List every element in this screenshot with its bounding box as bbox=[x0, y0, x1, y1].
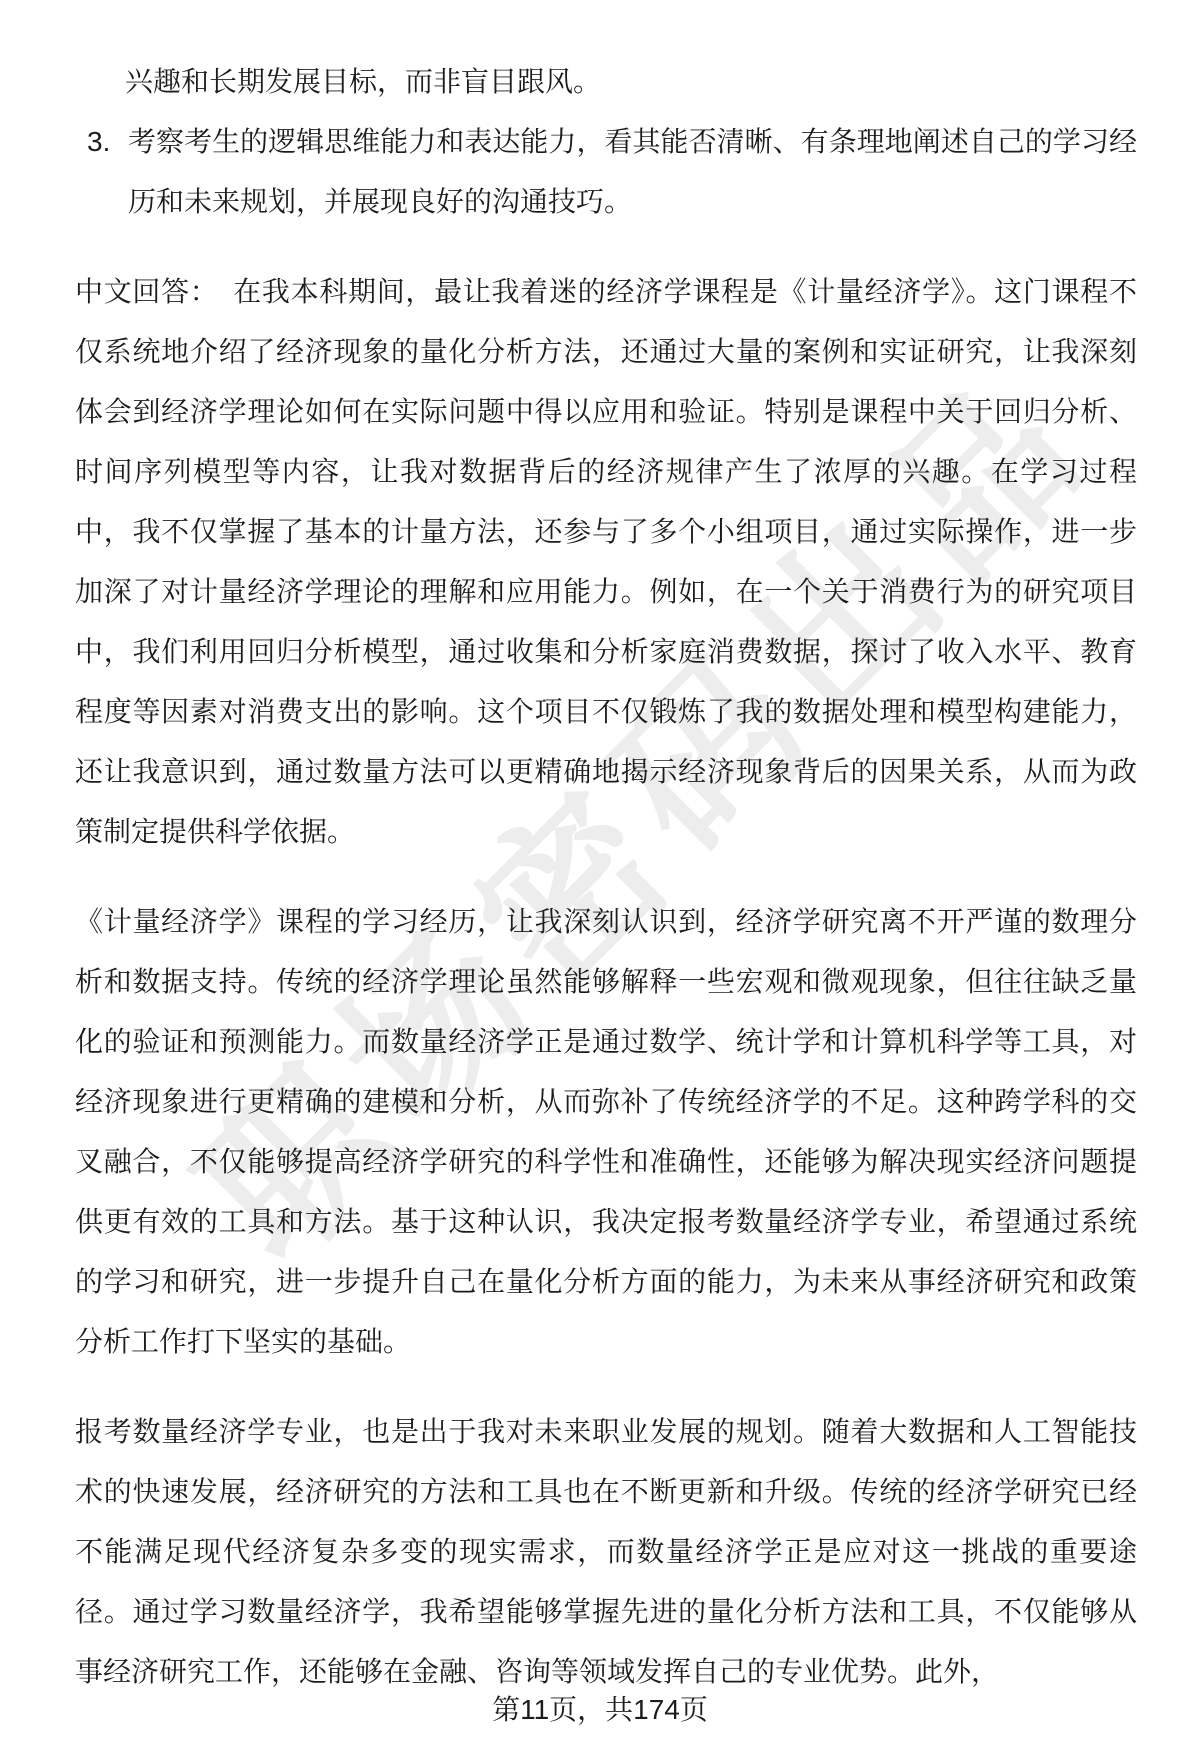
list-item-2-continuation-line: 兴趣和长期发展目标，而非盲目跟风。 bbox=[125, 52, 1137, 112]
list-item-3: 3. 考察考生的逻辑思维能力和表达能力，看其能否清晰、有条理地阐述自己的学习经历… bbox=[75, 112, 1137, 232]
paragraph-chinese-answer: 中文回答： 在我本科期间，最让我着迷的经济学课程是《计量经济学》。这门课程不仅系… bbox=[75, 262, 1137, 862]
document-page: 职场密码出品 兴趣和长期发展目标，而非盲目跟风。 3. 考察考生的逻辑思维能力和… bbox=[0, 0, 1200, 1755]
list-item-3-text: 考察考生的逻辑思维能力和表达能力，看其能否清晰、有条理地阐述自己的学习经历和未来… bbox=[128, 112, 1137, 232]
list-item-3-number: 3. bbox=[75, 112, 128, 172]
paragraph-career-planning: 报考数量经济学专业，也是出于我对未来职业发展的规划。随着大数据和人工智能技术的快… bbox=[75, 1402, 1137, 1702]
page-number-indicator: 第11页，共174页 bbox=[0, 1680, 1200, 1740]
paragraph-econometrics-reflection: 《计量经济学》课程的学习经历，让我深刻认识到，经济学研究离不开严谨的数理分析和数… bbox=[75, 892, 1137, 1372]
page-content: 兴趣和长期发展目标，而非盲目跟风。 3. 考察考生的逻辑思维能力和表达能力，看其… bbox=[0, 0, 1200, 1702]
